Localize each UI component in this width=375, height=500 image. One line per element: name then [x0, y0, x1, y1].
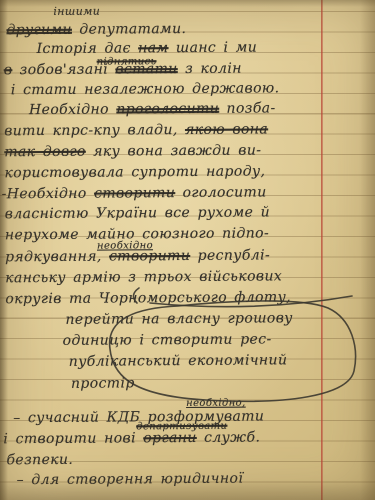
text-segment: яку вона завжди ви- [86, 142, 262, 159]
text-segment: шанс і ми [168, 40, 257, 57]
text-segment: оголосити [175, 184, 266, 201]
text-segment: – для створення юридичної [17, 471, 244, 489]
handwritten-line: користовувала супроти народу, [4, 162, 265, 182]
handwritten-line: – для створення юридичної [17, 470, 244, 490]
handwritten-line: і створити нові органи служб. [3, 428, 260, 448]
handwritten-line: рядкування, створити республі- [5, 246, 270, 266]
handwritten-line: другими депутатами. [6, 20, 186, 39]
text-segment: рядкування, [5, 249, 109, 266]
text-segment: республі- [190, 247, 270, 264]
handwritten-line: вити кпрс-кпу влади, якою вона [4, 120, 268, 140]
text-segment: депутатами. [72, 21, 186, 38]
text-segment: служб. [197, 429, 261, 445]
handwritten-line: Необхідно проголосити позба- [29, 99, 276, 119]
handwritten-line: одиницю і створити рес- [63, 330, 272, 349]
text-segment: іншими [53, 5, 100, 18]
handwritten-line: простір [71, 374, 135, 392]
handwritten-line: власністю України все рухоме й [5, 203, 270, 223]
text-segment: -Необхідно [2, 186, 95, 203]
struck-text: так довго [4, 144, 86, 161]
text-segment: безпеки. [6, 452, 73, 468]
text-segment: публіканський економічний [69, 352, 288, 370]
text-segment: і створити нові [3, 430, 143, 447]
struck-text: встати [115, 61, 177, 77]
handwritten-line: округів та Чорноморського флоту, [5, 288, 291, 308]
text-segment: округів та Чорноморського флоту, [5, 289, 291, 307]
handwritten-line: і стати незалежною державою. [11, 79, 280, 99]
inserted-correction: іншими [53, 5, 100, 19]
text-segment: користовувала супроти народу, [4, 163, 265, 181]
text-segment: зобов'язані [12, 61, 115, 78]
text-segment: власністю України все рухоме й [5, 204, 270, 222]
struck-text: другими [6, 22, 72, 38]
struck-text: в [4, 62, 13, 78]
notebook-page: іншимидругими депутатами.Історія дає нам… [0, 0, 375, 500]
struck-text: проголосити [116, 101, 219, 118]
text-segment: і стати незалежною державою. [11, 80, 280, 98]
struck-text: органи [143, 430, 197, 446]
handwritten-line: -Необхідно створити оголосити [2, 183, 267, 203]
text-segment: перейти на власну грошову [65, 310, 292, 328]
handwriting-layer: іншимидругими депутатами.Історія дає нам… [0, 0, 375, 500]
handwritten-line: публіканський економічний [69, 351, 288, 371]
handwritten-line: в зобов'язані встати з колін [4, 60, 242, 80]
text-segment: вити кпрс-кпу влади, [4, 122, 185, 139]
text-segment: з колін [178, 61, 242, 77]
handwritten-line: так довго яку вона завжди ви- [4, 141, 261, 161]
handwritten-line: безпеки. [6, 451, 73, 469]
handwritten-line: перейти на власну грошову [65, 309, 292, 329]
text-segment: канську армію з трьох військових [5, 268, 282, 286]
handwritten-line: канську армію з трьох військових [5, 267, 282, 287]
text-segment: простір [71, 375, 135, 391]
text-segment: одиницю і створити рес- [63, 331, 272, 348]
struck-text: нам [138, 40, 169, 56]
struck-text: якою вона [185, 121, 268, 138]
text-segment: позба- [219, 100, 276, 116]
text-segment: Необхідно [29, 101, 116, 118]
struck-text: створити [94, 185, 175, 202]
struck-text: створити [109, 248, 190, 265]
